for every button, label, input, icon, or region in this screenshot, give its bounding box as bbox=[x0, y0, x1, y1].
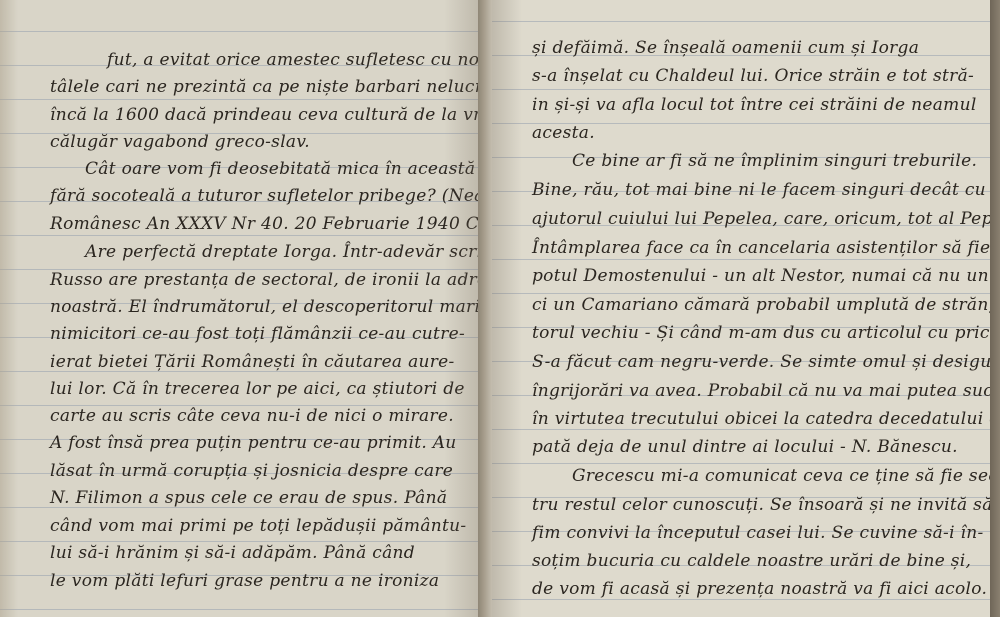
left-line-19: lui să-i hrănim și să-i adăpăm. Până cân… bbox=[50, 543, 415, 563]
right-line-12: S-a făcut cam negru-verde. Se simte omul… bbox=[532, 352, 990, 372]
left-line-11: nimicitori ce-au fost toți flămânzii ce-… bbox=[50, 324, 465, 344]
left-line-6: fără socoteală a tuturor sufletelor prib… bbox=[50, 186, 480, 206]
left-line-15: A fost însă prea puțin pentru ce-au prim… bbox=[50, 433, 457, 453]
left-line-3: încă la 1600 dacă prindeau ceva cultură … bbox=[50, 105, 480, 125]
left-line-5: Cât oare vom fi deosebitată mica în acea… bbox=[85, 159, 480, 179]
right-line-17: tru restul celor cunoscuți. Se însoară ș… bbox=[532, 495, 990, 515]
right-line-14: în virtutea trecutului obicei la catedra… bbox=[532, 409, 990, 429]
left-line-7: Românesc An XXXV Nr 40. 20 Februarie 194… bbox=[50, 214, 480, 234]
left-line-4: călugăr vagabond greco-slav. bbox=[50, 132, 310, 152]
right-line-20: de vom fi acasă și prezența noastră va f… bbox=[532, 579, 987, 599]
left-line-13: lui lor. Că în trecerea lor pe aici, ca … bbox=[50, 379, 465, 399]
left-line-17: N. Filimon a spus cele ce erau de spus. … bbox=[50, 488, 447, 508]
left-line-10: noastră. El îndrumătorul, el descoperito… bbox=[50, 297, 480, 317]
right-page: și defăimă. Se înșeală oamenii cum și Io… bbox=[492, 0, 990, 617]
right-line-6: Bine, rău, tot mai bine ni le facem sing… bbox=[532, 180, 986, 200]
right-line-2: s-a înșelat cu Chaldeul lui. Orice străi… bbox=[532, 66, 974, 86]
right-line-5: Ce bine ar fi să ne împlinim singuri tre… bbox=[572, 151, 977, 171]
right-line-13: îngrijorări va avea. Probabil că nu va m… bbox=[532, 381, 990, 401]
right-line-4: acesta. bbox=[532, 123, 595, 143]
left-line-12: ierat bietei Țării Românești în căutarea… bbox=[50, 352, 455, 372]
right-line-3: in și-și va afla locul tot între cei str… bbox=[532, 95, 977, 115]
left-line-1: fut, a evitat orice amestec sufletesc cu… bbox=[107, 50, 480, 70]
left-line-20: le vom plăti lefuri grase pentru a ne ir… bbox=[50, 571, 439, 591]
right-line-11: torul vechiu - Și când m-am dus cu artic… bbox=[532, 323, 990, 343]
left-line-16: lăsat în urmă corupția și josnicia despr… bbox=[50, 461, 453, 481]
right-line-15: pată deja de unul dintre ai locului - N.… bbox=[532, 437, 958, 457]
right-line-18: fim convivi la începutul casei lui. Se c… bbox=[532, 523, 984, 543]
page-edge bbox=[990, 0, 1000, 617]
left-line-14: carte au scris câte ceva nu-i de nici o … bbox=[50, 406, 454, 426]
left-page: fut, a evitat orice amestec sufletesc cu… bbox=[0, 0, 480, 617]
right-line-8: Întâmplarea face ca în cancelaria asiste… bbox=[532, 238, 990, 258]
right-line-19: soțim bucuria cu caldele noastre urări d… bbox=[532, 551, 971, 571]
left-line-8: Are perfectă dreptate Iorga. Într-adevăr… bbox=[85, 242, 480, 262]
right-line-7: ajutorul cuiului lui Pepelea, care, oric… bbox=[532, 209, 990, 229]
left-line-18: când vom mai primi pe toți lepădușii păm… bbox=[50, 516, 466, 536]
right-line-10: ci un Camariano cămară probabil umplută … bbox=[532, 295, 990, 315]
right-line-9: potul Demostenului - un alt Nestor, numa… bbox=[532, 266, 990, 286]
left-line-2: tâlele cari ne prezintă ca pe niște barb… bbox=[50, 77, 480, 97]
right-line-1: și defăimă. Se înșeală oamenii cum și Io… bbox=[532, 38, 919, 58]
book-gutter bbox=[478, 0, 492, 617]
right-line-16: Grecescu mi-a comunicat ceva ce ține să … bbox=[572, 466, 990, 486]
left-line-9: Russo are prestanța de sectoral, de iron… bbox=[50, 270, 480, 290]
notebook-spread: fut, a evitat orice amestec sufletesc cu… bbox=[0, 0, 1000, 617]
